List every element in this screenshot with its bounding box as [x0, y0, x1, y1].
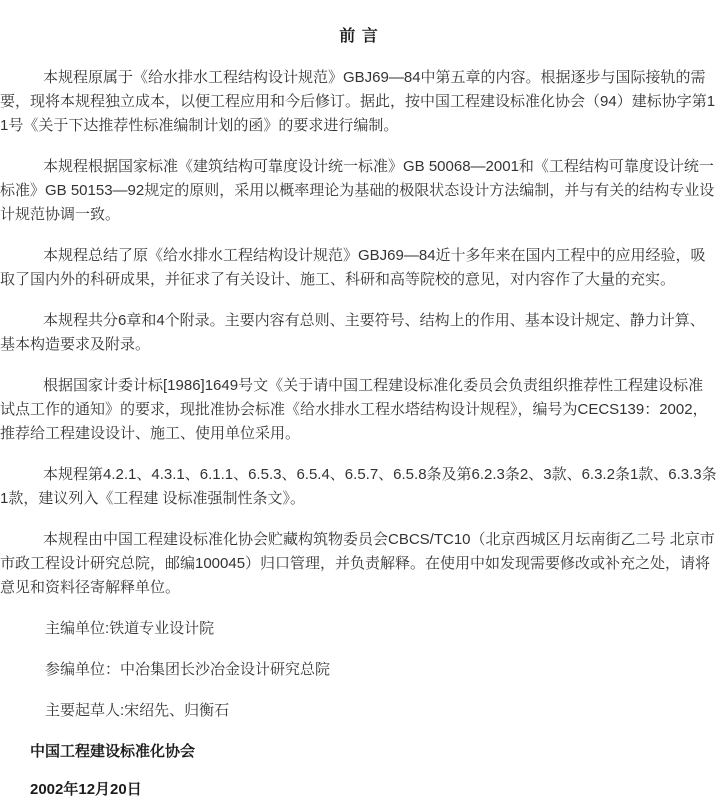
paragraph-administration: 本规程由中国工程建设标准化协会贮藏构筑物委员会CBCS/TC10（北京西城区月坛… — [0, 528, 718, 600]
chief-editor-unit-line: 主编单位:铁道专业设计院 — [0, 617, 718, 641]
issuing-organization: 中国工程建设标准化协会 — [0, 740, 718, 764]
paragraph-approval: 根据国家计委计标[1986]1649号文《关于请中国工程建设标准化委员会负责组织… — [0, 374, 718, 446]
paragraph-mandatory-clauses: 本规程第4.2.1、4.3.1、6.1.1、6.5.3、6.5.4、6.5.7、… — [0, 463, 718, 511]
participating-unit-line: 参编单位：中冶集团长沙冶金设计研究总院 — [0, 658, 718, 682]
footer-section: 中国工程建设标准化协会 2002年12月20日 — [0, 740, 718, 799]
main-drafters-line: 主要起草人:宋绍先、归衡石 — [0, 699, 718, 723]
issue-date: 2002年12月20日 — [0, 778, 718, 799]
document-page: 前 言 本规程原属于《给水排水工程结构设计规范》GBJ69—84中第五章的内容。… — [0, 0, 718, 799]
paragraph-origin: 本规程原属于《给水排水工程结构设计规范》GBJ69—84中第五章的内容。根据逐步… — [0, 66, 718, 138]
paragraph-experience-summary: 本规程总结了原《给水排水工程结构设计规范》GBJ69—84近十多年来在国内工程中… — [0, 244, 718, 292]
credits-section: 主编单位:铁道专业设计院 参编单位：中冶集团长沙冶金设计研究总院 主要起草人:宋… — [0, 617, 718, 723]
paragraph-basis-standards: 本规程根据国家标准《建筑结构可靠度设计统一标准》GB 50068—2001和《工… — [0, 155, 718, 227]
document-body: 本规程原属于《给水排水工程结构设计规范》GBJ69—84中第五章的内容。根据逐步… — [0, 66, 718, 600]
paragraph-contents-overview: 本规程共分6章和4个附录。主要内容有总则、主要符号、结构上的作用、基本设计规定、… — [0, 309, 718, 357]
page-title: 前 言 — [0, 25, 718, 49]
